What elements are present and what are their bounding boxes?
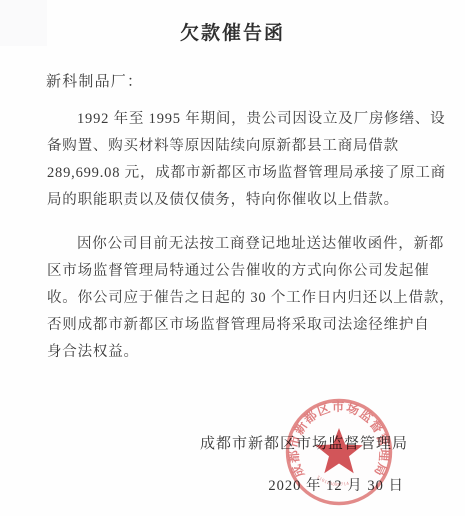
paragraph-demand-notice: 因你公司目前无法按工商登记地址送达催收函件，新都 区市场监督管理局特通过公告催收… [47, 231, 425, 366]
paragraph-line: 1992 年至 1995 年期间，贵公司因设立及厂房修缮、设 [47, 106, 425, 133]
paragraph-line: 身合法权益。 [47, 339, 425, 366]
paragraph-loan-history: 1992 年至 1995 年期间，贵公司因设立及厂房修缮、设 备购置、购买材料等… [47, 106, 425, 214]
debt-reminder-letter: 欠款催告函 新科制品厂： 1992 年至 1995 年期间，贵公司因设立及厂房修… [0, 0, 465, 516]
paragraph-line: 局的职能职责以及债仅债务，特向你催收以上借款。 [47, 187, 425, 214]
paragraph-line: 收。你公司应于催告之日起的 30 个工作日内归还以上借款， [47, 285, 425, 312]
official-seal-stamp: 成都市新都区市场监督管理局 510125088714 [283, 396, 395, 508]
document-title: 欠款催告函 [0, 18, 465, 45]
paragraph-line: 备购置、购买材料等原因陆续向原新都县工商局借款 [47, 133, 425, 160]
paragraph-line: 否则成都市新都区市场监督管理局将采取司法途径维护自 [47, 312, 425, 339]
paragraph-line: 289,699.08 元，成都市新都区市场监督管理局承接了原工商 [47, 160, 425, 187]
paragraph-line: 区市场监督管理局特通过公告催收的方式向你公司发起催 [47, 258, 425, 285]
recipient-salutation: 新科制品厂： [46, 70, 143, 91]
paragraph-line: 因你公司目前无法按工商登记地址送达催收函件，新都 [47, 231, 425, 258]
